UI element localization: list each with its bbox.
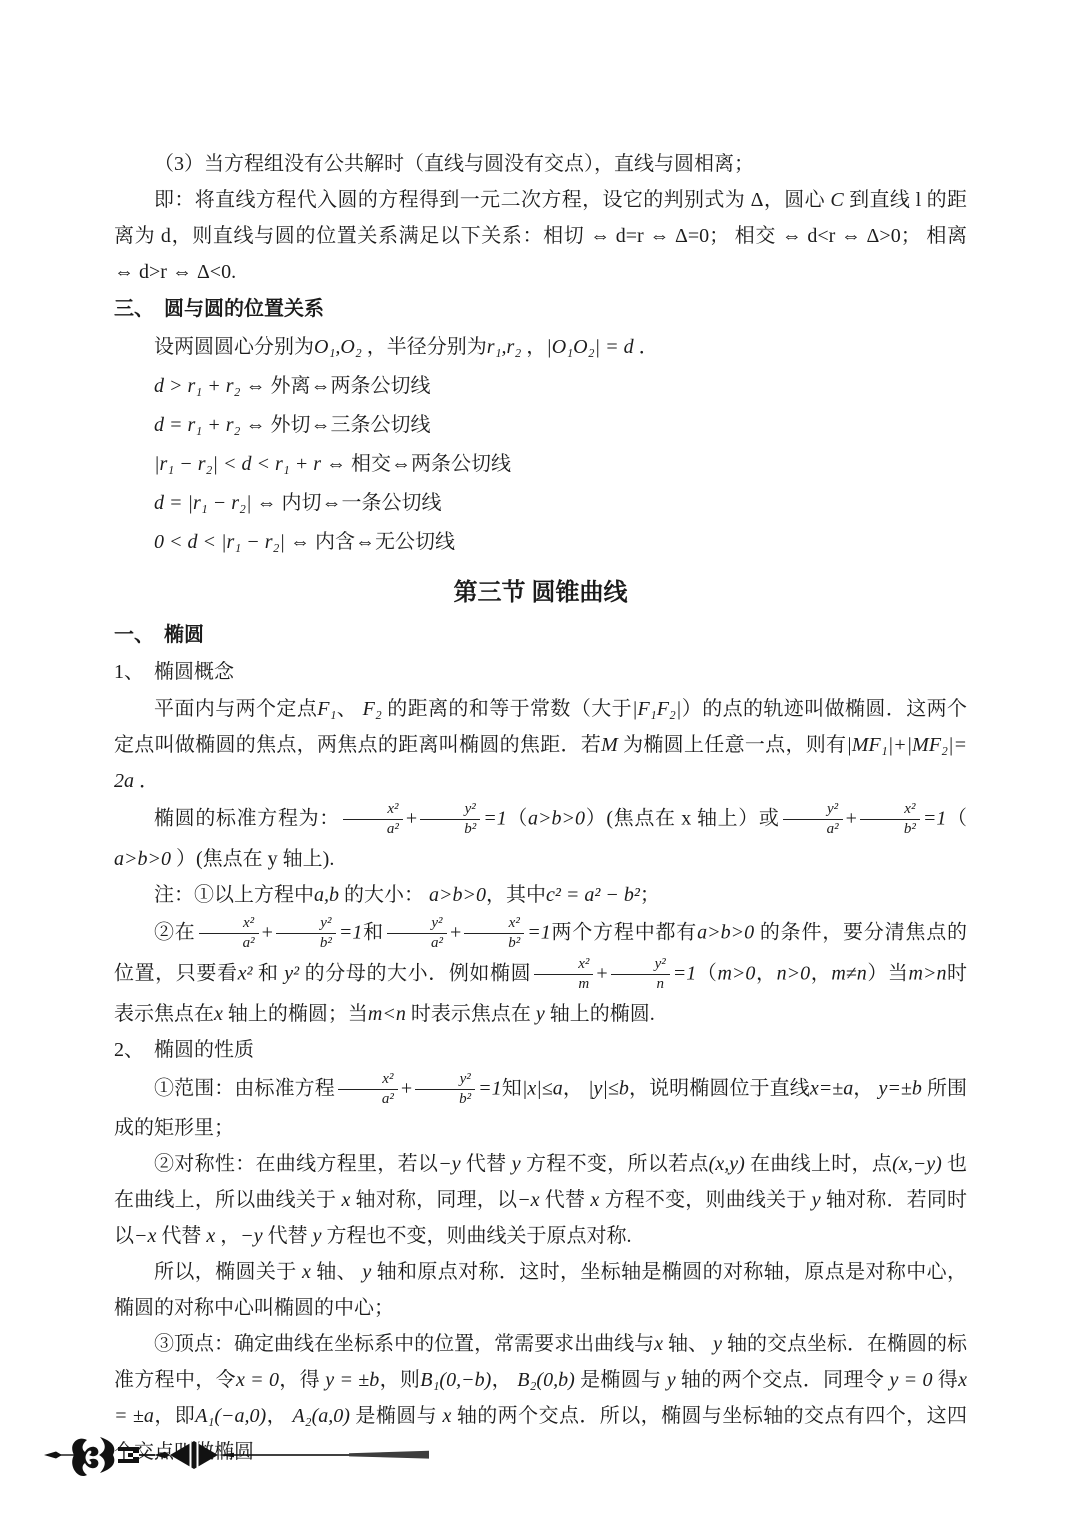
para-property-symmetry-conclusion: 所以，椭圆关于 x 轴、 y 轴和原点对称．这时，坐标轴是椭圆的对称轴，原点是对…	[114, 1254, 967, 1326]
para-note-2: ②在x²a²+y²b²=1和y²a²+x²b²=1两个方程中都有a>b>0 的条…	[114, 913, 967, 1032]
fraction: x²a²	[199, 915, 259, 953]
subheading-ellipse-concept: 1、 椭圆概念	[114, 654, 967, 691]
para-property-symmetry: ②对称性：在曲线方程里，若以−y 代替 y 方程不变，所以若点(x,y) 在曲线…	[114, 1146, 967, 1254]
fraction: x²m	[534, 956, 593, 994]
heading-circle-circle-relation: 三、 圆与圆的位置关系	[114, 290, 967, 328]
fraction: y²a²	[387, 915, 447, 953]
relation-line-separate: d > r₁ + r₂ ⇔ 外离⇔两条公切线	[114, 367, 967, 406]
para-no-solution: （3）当方程组没有公共解时（直线与圆没有交点），直线与圆相离；	[114, 146, 967, 182]
para-property-range: ①范围：由标准方程x²a²+y²b²=1知|x|≤a， |y|≤b，说明椭圆位于…	[114, 1069, 967, 1147]
fraction: x²b²	[860, 801, 920, 839]
para-note-1: 注：①以上方程中a,b 的大小： a>b>0，其中c² = a² − b²；	[114, 877, 967, 913]
fraction: x²a²	[343, 801, 403, 839]
section-title-conic-curves: 第三节 圆锥曲线	[114, 576, 967, 610]
relation-line-intersect: |r₁ − r₂| < d < r₁ + r ⇔ 相交⇔两条公切线	[114, 445, 967, 484]
relation-line-int-tangent: d = |r₁ − r₂| ⇔ 内切⇔一条公切线	[114, 484, 967, 523]
para-standard-equation: 椭圆的标准方程为：x²a²+y²b²=1（a>b>0）(焦点在 x 轴上）或y²…	[114, 799, 967, 877]
heading-ellipse: 一、 椭圆	[114, 616, 967, 654]
para-ellipse-definition: 平面内与两个定点F₁、 F₂ 的距离的和等于常数（大于|F₁F₂|）的点的轨迹叫…	[114, 691, 967, 799]
fraction: y²n	[611, 956, 670, 994]
document-content: （3）当方程组没有公共解时（直线与圆没有交点），直线与圆相离； 即：将直线方程代…	[0, 0, 1075, 1470]
footer-ornament-icon	[44, 1432, 444, 1478]
fraction: x²b²	[464, 915, 524, 953]
fraction: y²b²	[276, 915, 336, 953]
footer-ornament	[44, 1432, 444, 1478]
fraction: y²b²	[420, 801, 480, 839]
fraction: y²a²	[783, 801, 843, 839]
relation-line-ext-tangent: d = r₁ + r₂ ⇔ 外切⇔三条公切线	[114, 406, 967, 445]
fraction: y²b²	[415, 1071, 475, 1109]
subheading-ellipse-properties: 2、 椭圆的性质	[114, 1032, 967, 1069]
para-line-circle-summary: 即：将直线方程代入圆的方程得到一元二次方程，设它的判别式为 Δ，圆心 C 到直线…	[114, 182, 967, 290]
document-page: （3）当方程组没有公共解时（直线与圆没有交点），直线与圆相离； 即：将直线方程代…	[0, 0, 1075, 1518]
relation-line-contained: 0 < d < |r₁ − r₂| ⇔ 内含⇔无公切线	[114, 523, 967, 562]
fraction: x²a²	[338, 1071, 398, 1109]
circle-setup-line: 设两圆圆心分别为O₁,O₂ ，半径分别为r₁,r₂ ，|O₁O₂| = d ．	[114, 328, 967, 367]
